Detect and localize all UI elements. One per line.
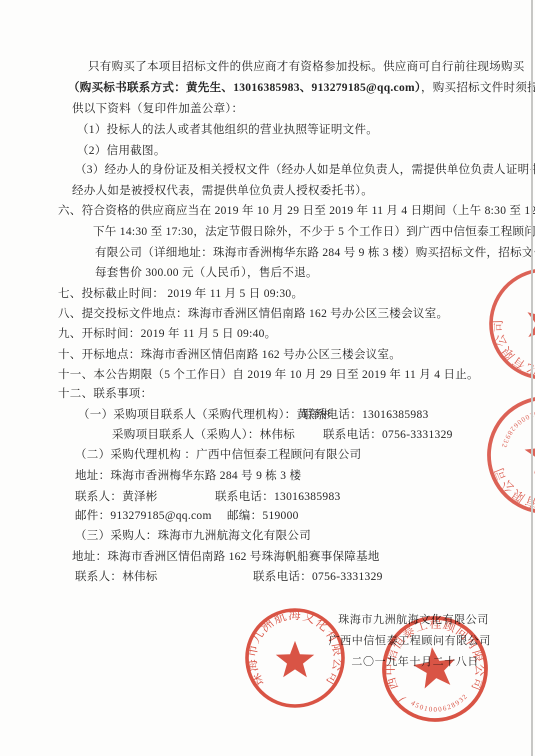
purchaser-address-line: 地址：珠海市香洲区情侣南路 162 号珠海帆船赛事保障基地 [72,550,380,565]
doc-line-sec6: 六、符合资格的供应商应当在 2019 年 10 月 29 日至 2019 年 1… [58,204,535,219]
doc-line-sec10: 十、开标地点：珠海市香洲区情侣南路 162 号办公区三楼会议室。 [58,348,401,363]
doc-line-item3: （3）经办人的身份证及相关授权文件（经办人如是单位负责人，需提供单位负责人证明书… [75,163,535,178]
svg-text:珠海市九洲航海文化有限公司: 珠海市九洲航海文化有限公司 [245,608,346,689]
doc-line-item1: （1）投标人的法人或者其他组织的营业执照等证明文件。 [77,123,378,138]
doc-line-sec8: 八、提交投标文件地点：珠海市香洲区情侣南路 162 号办公区三楼会议室。 [58,307,448,322]
doc-line-item3-cont: 经办人如是被授权代表，需提供单位负责人授权委托书）。 [72,184,373,199]
purchaser-contact-phone: 联系电话：0756-3331329 [253,570,383,585]
svg-text:4501000628932: 4501000628932 [409,691,472,717]
doc-line-intro-3: 供以下资料（复印件加盖公章）： [72,102,243,117]
doc-line-intro-2: （购买标书联系方式：黄先生、13016385983、913279185@qq.c… [68,81,535,96]
doc-line-sec9: 九、开标时间：2019 年 11 月 5 日 09:40。 [58,327,276,342]
purchaser-seal-ring-text: 珠海市九洲航海文化有限公司 [245,608,346,689]
doc-line-sec7: 七、投标截止时间： 2019 年 11 月 5 日 09:30。 [58,287,303,302]
doc-line-sec6-cont3: 每套售价 300.00 元（人民币），售后不退。 [95,266,318,281]
edge-seal-agency-number: 4501000628932 [493,400,535,453]
signature-date: 二〇一九年十月二十八日 [351,653,479,669]
doc-line-sec6-cont2: 有限公司（详细地址：珠海市香洲梅华东路 284 号 9 栋 3 楼）购买招标文件… [95,246,535,261]
scanned-tender-document-page: 只有购买了本项目招标文件的供应商才有资格参加投标。供应商可自行前往现场购买 （购… [0,0,535,756]
contact-agency-person-phone: 联系电话：13016385983 [303,408,429,423]
purchaser-name-line: （三）采购人：珠海市九洲航海文化有限公司 [75,529,311,544]
contact-agency-person: （一）采购项目联系人（采购代理机构）：黄泽彬 [78,408,332,423]
doc-line-sec12: 十二、联系事项： [58,387,152,402]
agency-contact-phone: 联系电话：13016385983 [215,490,341,505]
purchaser-contact-line: 联系人：林伟标 [75,570,158,585]
contact-purchaser-person: 采购项目联系人（采购人）：林伟标 [112,428,295,443]
agency-seal-number: 4501000628932 [409,691,472,717]
agency-contact-line: 联系人：黄泽彬 [75,490,158,505]
doc-line-item2: （2）信用截图。 [77,144,166,159]
agency-address-line: 地址：珠海市香洲梅华东路 284 号 9 栋 3 楼 [75,469,301,484]
purchaser-company-seal: 珠海市九洲航海文化有限公司 [243,606,347,710]
seal-star-icon [520,301,535,351]
svg-text:4501000628932: 4501000628932 [493,400,535,453]
svg-text:广西中信恒泰工程顾问有限公司: 广西中信恒泰工程顾问有限公司 [488,400,535,534]
doc-line-sec11: 十一、本公告期限（5 个工作日）自 2019 年 10 月 29 日至 2019… [58,368,479,383]
purchase-contact-rest: ，购买招标文件时须提 [421,82,535,94]
agency-email-line: 邮件：913279185@qq.com [75,509,212,524]
page-scan-edge-line [531,0,533,756]
doc-line-sec6-cont1: 下午 14:30 至 17:30，法定节假日除外，不少于 5 个工作日）到广西中… [93,225,535,240]
agency-name-line: （二）采购代理机构 ：广西中信恒泰工程顾问有限公司 [75,448,361,463]
edge-seal-agency-text: 广西中信恒泰工程顾问有限公司 [488,400,535,534]
edge-seal-agency: 广西中信恒泰工程顾问有限公司 4501000628932 [460,369,535,541]
doc-line-intro-1: 只有购买了本项目招标文件的供应商才有资格参加投标。供应商可自行前往现场购买 [88,60,525,75]
contact-purchaser-person-phone: 联系电话：0756-3331329 [323,428,453,443]
svg-text:珠海市九洲航海文化有限公司: 珠海市九洲航海文化有限公司 [486,283,535,393]
purchase-contact-bold: （购买标书联系方式：黄先生、13016385983、913279185@qq.c… [68,82,421,94]
agency-postcode: 邮编：519000 [227,509,299,524]
edge-seal-purchaser: 珠海市九洲航海文化有限公司 [471,250,535,399]
signature-agency-company: 广西中信恒泰工程顾问有限公司 [329,632,491,648]
signature-purchaser-company: 珠海市九洲航海文化有限公司 [338,611,489,627]
edge-seal-purchaser-text: 珠海市九洲航海文化有限公司 [486,283,535,393]
seal-star-icon [276,641,314,677]
seal-star-icon [518,428,535,486]
